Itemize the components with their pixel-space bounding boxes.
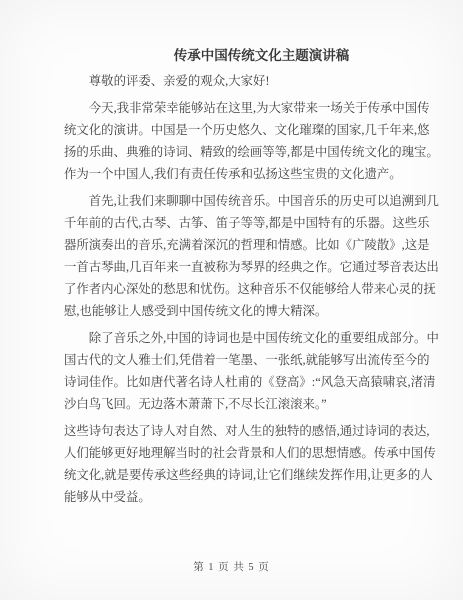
paragraph: 首先,让我们来聊聊中国传统音乐。中国音乐的历史可以追溯到几千年前的古代,古琴、古…	[64, 190, 441, 322]
page-number-footer: 第 1 页 共 5 页	[0, 559, 463, 574]
paragraph: 这些诗句表达了诗人对自然、对人生的独特的感悟,通过诗词的表达,人们能够更好地理解…	[64, 420, 441, 508]
paragraph: 除了音乐之外,中国的诗词也是中国传统文化的重要组成部分。中国古代的文人雅士们,凭…	[64, 327, 441, 415]
paragraph: 尊敬的评委、亲爱的观众,大家好!	[64, 70, 441, 92]
document-title: 传承中国传统文化主题演讲稿	[64, 46, 441, 66]
document-body: 尊敬的评委、亲爱的观众,大家好!今天,我非常荣幸能够站在这里,为大家带来一场关于…	[64, 70, 441, 508]
document-page: 传承中国传统文化主题演讲稿 尊敬的评委、亲爱的观众,大家好!今天,我非常荣幸能够…	[0, 0, 463, 600]
document-content: 传承中国传统文化主题演讲稿 尊敬的评委、亲爱的观众,大家好!今天,我非常荣幸能够…	[64, 46, 441, 513]
paragraph: 今天,我非常荣幸能够站在这里,为大家带来一场关于传承中国传统文化的演讲。中国是一…	[64, 97, 441, 185]
